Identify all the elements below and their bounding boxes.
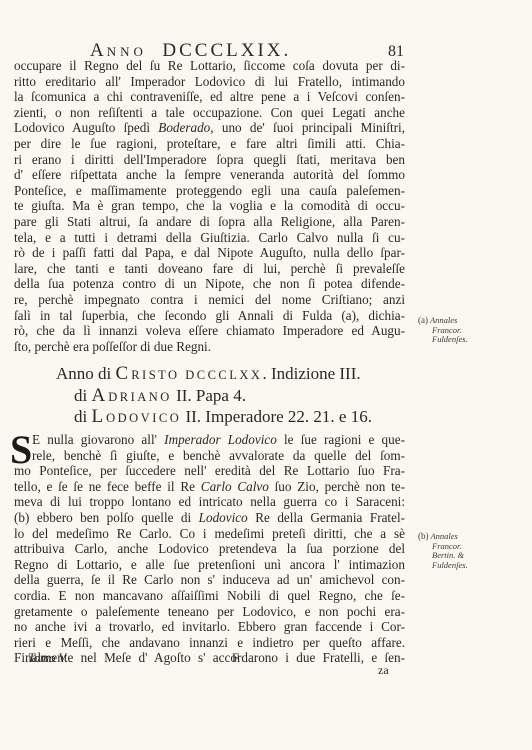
text-line: rò, che da lì innanzi voleva eſſere chia…: [14, 323, 405, 339]
text-line: E nulla giovarono all' Imperador Lodovic…: [14, 432, 405, 448]
text-line: te giuſta. Ma è gran tempo, che la vogli…: [14, 198, 405, 214]
text-line: lare, che tanti e tanti doveano fare di …: [14, 261, 405, 277]
year-heading-line-1: Anno di CRISTO DCCCLXX. Indizione III.: [56, 364, 372, 386]
text-line: attribuiva Carlo, anche Lodovico pretend…: [14, 541, 405, 557]
text-line: Lodovico Auguſto ſpedì Boderado, uno de'…: [14, 120, 405, 136]
text-line: mo Ponteſice, per ſuccedere nell' eredit…: [14, 463, 405, 479]
text-line: rele, benchè ſì giuſte, e benchè avvalor…: [14, 448, 405, 464]
text-line: ſto, perchè era poſſeſſor di due Regni.: [14, 339, 405, 355]
paragraph-2: E nulla giovarono all' Imperador Lodovic…: [14, 432, 405, 666]
text-line: meva di lui troppo lontano ed intricato …: [14, 494, 405, 510]
text-line: ſalì in tal ſuperbia, che ſecondo gli An…: [14, 308, 405, 324]
text-line: (b) ebbero ben polſo quelle di Lodovico …: [14, 510, 405, 526]
text-line: per dire le ſue ragioni, proteſtare, e f…: [14, 136, 405, 152]
signature-mark: F: [232, 651, 239, 666]
year-heading-line-2: di ADRIANO II. Papa 4.: [56, 386, 372, 408]
text-line: ri erano i diritti dell'Imperadore ſopra…: [14, 152, 405, 168]
text-line: cordia. E non mancavano aſſaiſſimi Nobil…: [14, 588, 405, 604]
text-line: rò de i paſſi fatti dal Papa, e dal Nipo…: [14, 245, 405, 261]
text-line: re, perchè impegnato contra i nemici del…: [14, 292, 405, 308]
paragraph-1: occupare il Regno del ſu Re Lottario, ſi…: [14, 58, 405, 354]
text-line: Regno di Lottario, e alle ſue pretenſion…: [14, 557, 405, 573]
text-line: no anche ivi a trovarlo, ed invitarlo. E…: [14, 619, 405, 635]
text-line: pare gli Stati altrui, ſa andare di ſopr…: [14, 214, 405, 230]
catchword: za: [378, 663, 389, 678]
text-line: rieri e Meſſi, che andavano innanzi e in…: [14, 635, 405, 651]
text-line: la ſcomunica a chi contraveniſſe, ed alt…: [14, 89, 405, 105]
text-line: della guerra, ſe il Re Carlo non s' indu…: [14, 572, 405, 588]
year-heading: Anno di CRISTO DCCCLXX. Indizione III. d…: [56, 364, 372, 429]
text-line: tela, e a tutti i detrami della Giuſtizi…: [14, 230, 405, 246]
text-line: gretamente o paleſemente teneano per Lod…: [14, 604, 405, 620]
text-line: zienti, o non reſiſtenti a tale occupazi…: [14, 105, 405, 121]
margin-note-a: (a) Annales Francor. Fuldenſes.: [418, 316, 468, 345]
margin-note-b: (b) Annales Francor. Bertin. & Fuldenſes…: [418, 532, 468, 570]
text-line: della ſua potenza contro di un Nipote, c…: [14, 276, 405, 292]
text-line: Ponteſice, e maſſimamente proteggendo eg…: [14, 183, 405, 199]
volume-label: Tomo V.: [28, 651, 68, 666]
text-line: lo del medeſimo Re Carlo. Co i medeſimi …: [14, 526, 405, 542]
text-line: d' eſſere riſpettata anche la ſempre ven…: [14, 167, 405, 183]
year-heading-line-3: di LODOVICO II. Imperadore 22. 21. e 16.: [56, 407, 372, 429]
book-page: ANNO DCCCLXIX. 81 occupare il Regno del …: [0, 0, 532, 750]
text-line: occupare il Regno del ſu Re Lottario, ſi…: [14, 58, 405, 74]
text-line: ritto ereditario all' Imperador Lodovico…: [14, 74, 405, 90]
text-line: tello, e ſe ſe ne fece beffe il Re Carlo…: [14, 479, 405, 495]
text-line: Finalmente nel Meſe d' Agoſto s' accorda…: [14, 650, 405, 666]
